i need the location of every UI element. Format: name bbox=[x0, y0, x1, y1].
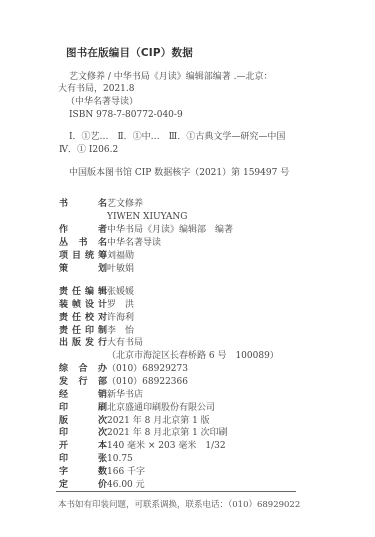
label-char: 办 bbox=[98, 363, 107, 375]
label-char: 发 bbox=[59, 376, 68, 388]
colophon-label: 定价 bbox=[59, 479, 107, 491]
label-char: 帧 bbox=[72, 299, 81, 311]
label-char: 印 bbox=[85, 325, 94, 337]
label-char: 印 bbox=[59, 402, 68, 414]
label-char: 辑 bbox=[98, 286, 107, 298]
colophon-label: 丛书名 bbox=[59, 237, 107, 249]
colophon-value: 中华名著导读 bbox=[107, 237, 161, 249]
colophon-label: 项目统筹 bbox=[59, 250, 107, 262]
colophon-value: 46.00 元 bbox=[107, 479, 145, 491]
label-char: 计 bbox=[98, 299, 107, 311]
cip-heading: 图书在版编目（CIP）数据 bbox=[66, 45, 193, 60]
label-char: 开 bbox=[59, 440, 68, 452]
label-char: 作 bbox=[59, 224, 68, 236]
colophon-label: 作者 bbox=[59, 224, 107, 236]
label-char: 数 bbox=[98, 466, 107, 478]
cip-classification: Ⅰ．①艺… Ⅱ．①中… Ⅲ．①古典文学—研究—中国 bbox=[69, 131, 285, 143]
colophon-value: （010）68922366 bbox=[107, 376, 188, 388]
colophon-value: 2021 年 8 月北京第 1 次印刷 bbox=[107, 427, 228, 439]
colophon-value: （北京市海淀区长春桥路 6 号 100089） bbox=[107, 350, 279, 362]
label-char: 张 bbox=[98, 453, 107, 465]
label-char: 部 bbox=[98, 376, 107, 388]
label-char: 编 bbox=[85, 286, 94, 298]
label-char: 销 bbox=[98, 389, 107, 401]
label-char: 版 bbox=[59, 415, 68, 427]
colophon-label: 书名 bbox=[59, 198, 107, 210]
colophon-value: 叶敏娟 bbox=[107, 263, 134, 275]
colophon-label: 责任印制 bbox=[59, 325, 107, 337]
label-char: 责 bbox=[59, 286, 68, 298]
colophon-label: 印张 bbox=[59, 453, 107, 465]
label-char: 行 bbox=[78, 376, 87, 388]
cip-line: 大有书局，2021.8 bbox=[58, 83, 135, 95]
label-char: 者 bbox=[98, 224, 107, 236]
colophon-label: 出版发行 bbox=[59, 337, 107, 349]
colophon-label: 综合办 bbox=[59, 363, 107, 375]
cip-classification: Ⅳ．① I206.2 bbox=[59, 144, 118, 156]
colophon-value: 2021 年 8 月北京第 1 版 bbox=[107, 415, 210, 427]
label-char: 目 bbox=[72, 250, 81, 262]
colophon-value: 大有书局 bbox=[107, 337, 143, 349]
colophon-value: 北京盛通印刷股份有限公司 bbox=[107, 402, 215, 414]
label-char: 名 bbox=[98, 237, 107, 249]
label-char: 字 bbox=[59, 466, 68, 478]
colophon-label: 策划 bbox=[59, 263, 107, 275]
colophon-label: 开本 bbox=[59, 440, 107, 452]
cip-isbn: ISBN 978-7-80772-040-9 bbox=[69, 109, 183, 121]
cip-line: （中华名著导读） bbox=[66, 96, 138, 108]
label-char: 统 bbox=[85, 250, 94, 262]
colophon-value: 10.75 bbox=[107, 453, 133, 465]
colophon-value: 艺文修养 bbox=[107, 198, 143, 210]
label-char: 行 bbox=[98, 337, 107, 349]
label-char: 责 bbox=[59, 325, 68, 337]
label-char: 次 bbox=[98, 427, 107, 439]
colophon-value: 李 怡 bbox=[107, 325, 134, 337]
label-char: 任 bbox=[72, 286, 81, 298]
colophon-value: YIWEN XIUYANG bbox=[107, 211, 187, 223]
label-char: 次 bbox=[98, 415, 107, 427]
colophon-label: 印次 bbox=[59, 427, 107, 439]
footer-note: 本书如有印装问题，可联系调换，联系电话：（010）68929022 bbox=[58, 498, 300, 510]
label-char: 划 bbox=[98, 263, 107, 275]
colophon-value: （010）68929273 bbox=[107, 363, 188, 375]
label-char: 版 bbox=[72, 337, 81, 349]
label-char: 印 bbox=[59, 427, 68, 439]
colophon-label: 责任编辑 bbox=[59, 286, 107, 298]
label-char: 综 bbox=[59, 363, 68, 375]
label-char: 经 bbox=[59, 389, 68, 401]
label-char: 丛 bbox=[59, 237, 68, 249]
label-char: 出 bbox=[59, 337, 68, 349]
label-char: 定 bbox=[59, 479, 68, 491]
colophon-value: 166 千字 bbox=[107, 466, 145, 478]
label-char: 项 bbox=[59, 250, 68, 262]
label-char: 责 bbox=[59, 312, 68, 324]
colophon-value: 张媛媛 bbox=[107, 286, 134, 298]
label-char: 任 bbox=[72, 325, 81, 337]
label-char: 策 bbox=[59, 263, 68, 275]
colophon-value: 刘福勋 bbox=[107, 250, 134, 262]
label-char: 刷 bbox=[98, 402, 107, 414]
label-char: 名 bbox=[98, 198, 107, 210]
colophon-label: 发行部 bbox=[59, 376, 107, 388]
label-char: 本 bbox=[98, 440, 107, 452]
cip-line: 艺文修养 / 中华书局《月读》编辑部编著 .—北京： bbox=[69, 71, 272, 83]
label-char: 书 bbox=[78, 237, 87, 249]
divider-line bbox=[56, 491, 296, 492]
label-char: 印 bbox=[59, 453, 68, 465]
colophon-value: 新华书店 bbox=[107, 389, 143, 401]
colophon-value: 中华书局《月读》编辑部 编著 bbox=[107, 224, 233, 236]
colophon-value: 许海利 bbox=[107, 312, 134, 324]
label-char: 发 bbox=[85, 337, 94, 349]
label-char: 装 bbox=[59, 299, 68, 311]
colophon-label: 字数 bbox=[59, 466, 107, 478]
colophon-label: 经销 bbox=[59, 389, 107, 401]
label-char: 任 bbox=[72, 312, 81, 324]
label-char: 书 bbox=[59, 198, 68, 210]
cip-record-number: 中国版本图书馆 CIP 数据核字（2021）第 159497 号 bbox=[69, 167, 289, 179]
label-char: 对 bbox=[98, 312, 107, 324]
label-char: 价 bbox=[98, 479, 107, 491]
colophon-label: 装帧设计 bbox=[59, 299, 107, 311]
colophon-value: 140 毫米 × 203 毫米 1/32 bbox=[107, 440, 226, 452]
colophon-value: 罗 洪 bbox=[107, 299, 134, 311]
colophon-label: 版次 bbox=[59, 415, 107, 427]
label-char: 校 bbox=[85, 312, 94, 324]
label-char: 设 bbox=[85, 299, 94, 311]
colophon-label: 印刷 bbox=[59, 402, 107, 414]
label-char: 制 bbox=[98, 325, 107, 337]
label-char: 合 bbox=[78, 363, 87, 375]
colophon-label: 责任校对 bbox=[59, 312, 107, 324]
label-char: 筹 bbox=[98, 250, 107, 262]
